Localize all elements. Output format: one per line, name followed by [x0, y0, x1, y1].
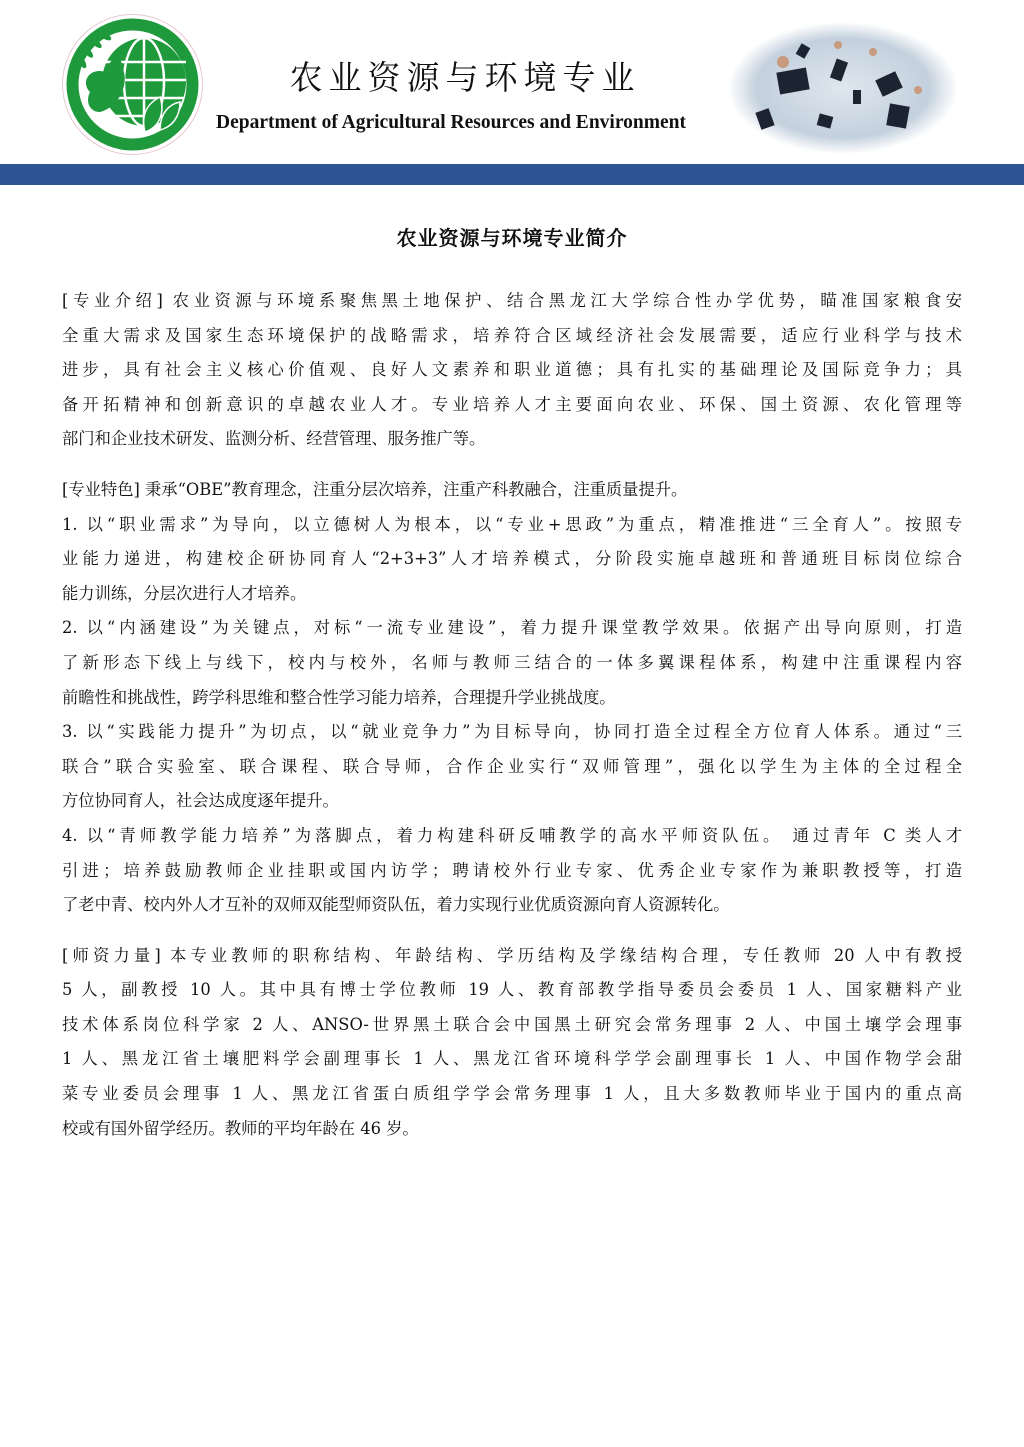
text-line: 校或有国外留学经历。教师的平均年龄在 46 岁。	[62, 1112, 962, 1147]
list-item-2-line: 2. 以“内涵建设”为关键点，对标“一流专业建设”，着力提升课堂教学效果。依据产…	[62, 611, 962, 646]
graduation-photo-icon	[728, 20, 958, 155]
list-item-1-line: 能力训练，分层次进行人才培养。	[62, 577, 962, 612]
section-faculty: [师资力量] 本专业教师的职称结构、年龄结构、学历结构及学缘结构合理，专任教师 …	[62, 939, 962, 1147]
list-item-1-line: 业能力递进，构建校企研协同育人“2+3+3”人才培养模式，分阶段实施卓越班和普通…	[62, 542, 962, 577]
list-item-3-line: 3. 以“实践能力提升”为切点，以“就业竞争力”为目标导向，协同打造全过程全方位…	[62, 715, 962, 750]
text-line: [师资力量] 本专业教师的职称结构、年龄结构、学历结构及学缘结构合理，专任教师 …	[62, 939, 962, 974]
list-item-4-line: 引进；培养鼓励教师企业挂职或国内访学；聘请校外行业专家、优秀企业专家作为兼职教授…	[62, 854, 962, 889]
section-intro: [专业介绍] 农业资源与环境系聚焦黑土地保护、结合黑龙江大学综合性办学优势，瞄准…	[62, 284, 962, 457]
text-line: 5 人，副教授 10 人。其中具有博士学位教师 19 人、教育部教学指导委员会委…	[62, 973, 962, 1008]
document-body: [专业介绍] 农业资源与环境系聚焦黑土地保护、结合黑龙江大学综合性办学优势，瞄准…	[62, 284, 962, 1146]
page-header: 农业资源与环境专业 Department of Agricultural Res…	[0, 0, 1024, 185]
text-line: 1 人、黑龙江省土壤肥料学会副理事长 1 人、黑龙江省环境科学学会副理事长 1 …	[62, 1042, 962, 1077]
list-item-2-line: 了新形态下线上与线下，校内与校外，名师与教师三结合的一体多翼课程体系，构建中注重…	[62, 646, 962, 681]
list-item-1-line: 1. 以“职业需求”为导向，以立德树人为根本，以“专业+思政”为重点，精准推进“…	[62, 508, 962, 543]
text-line: 全重大需求及国家生态环境保护的战略需求，培养符合区域经济社会发展需要，适应行业科…	[62, 319, 962, 354]
list-item-4-line: 4. 以“青师教学能力培养”为落脚点，着力构建科研反哺教学的高水平师资队伍。 通…	[62, 819, 962, 854]
text-line: 菜专业委员会理事 1 人、黑龙江省蛋白质组学学会常务理事 1 人，且大多数教师毕…	[62, 1077, 962, 1112]
document-title: 农业资源与环境专业简介	[0, 222, 1024, 251]
list-item-3-line: 联合”联合实验室、联合课程、联合导师，合作企业实行“双师管理”，强化以学生为主体…	[62, 750, 962, 785]
text-line: 备开拓精神和创新意识的卓越农业人才。专业培养人才主要面向农业、环保、国土资源、农…	[62, 388, 962, 423]
list-item-4-line: 了老中青、校内外人才互补的双师双能型师资队伍，着力实现行业优质资源向育人资源转化…	[62, 888, 962, 923]
section-features: [专业特色] 秉承“OBE”教育理念，注重分层次培养，注重产科教融合，注重质量提…	[62, 473, 962, 923]
header-title-en: Department of Agricultural Resources and…	[216, 112, 686, 134]
list-item-3-line: 方位协同育人，社会达成度逐年提升。	[62, 784, 962, 819]
header-divider-bar	[0, 164, 1024, 185]
text-line: [专业特色] 秉承“OBE”教育理念，注重分层次培养，注重产科教融合，注重质量提…	[62, 473, 962, 508]
list-item-2-line: 前瞻性和挑战性，跨学科思维和整合性学习能力培养，合理提升学业挑战度。	[62, 681, 962, 716]
text-line: [专业介绍] 农业资源与环境系聚焦黑土地保护、结合黑龙江大学综合性办学优势，瞄准…	[62, 284, 962, 319]
text-line: 部门和企业技术研发、监测分析、经营管理、服务推广等。	[62, 422, 962, 457]
text-line: 进步，具有社会主义核心价值观、良好人文素养和职业道德；具有扎实的基础理论及国际竞…	[62, 353, 962, 388]
text-line: 技术体系岗位科学家 2 人、ANSO-世界黑土联合会中国黑土研究会常务理事 2 …	[62, 1008, 962, 1043]
